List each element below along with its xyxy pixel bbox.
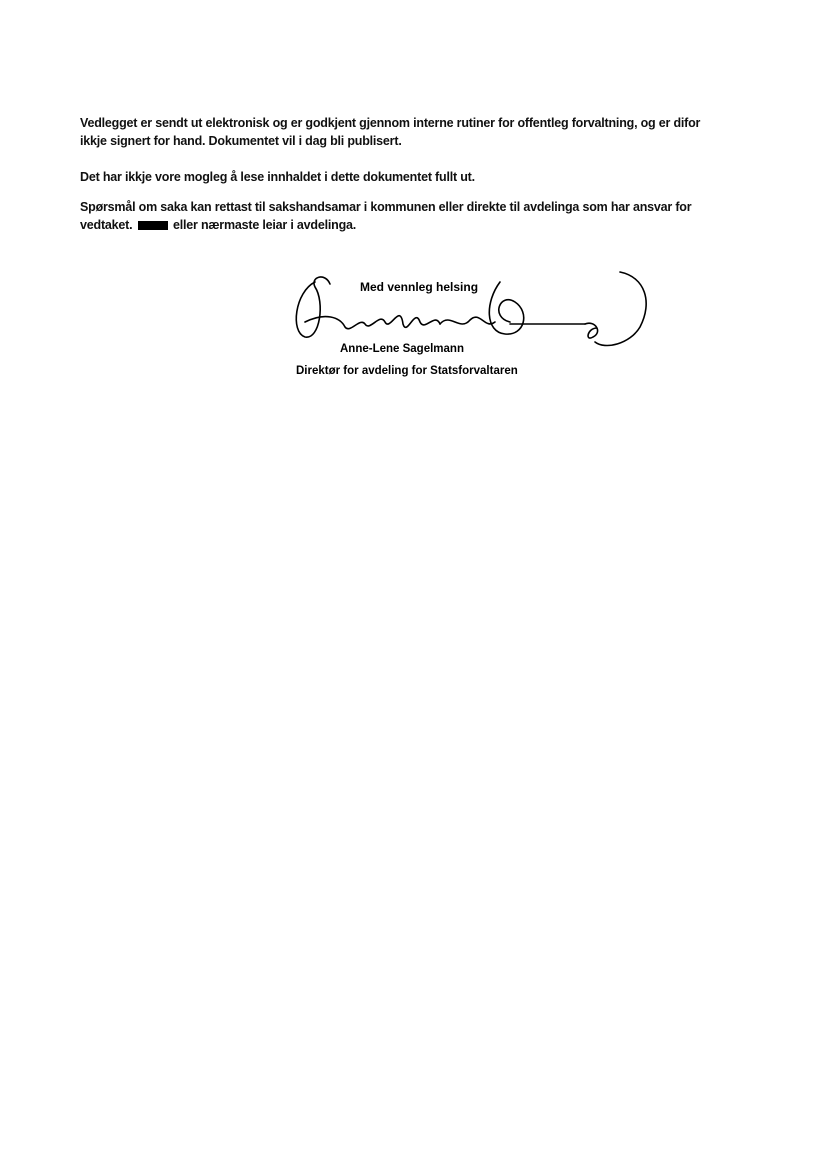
redaction-block: [138, 221, 168, 230]
paragraph-2: Det har ikkje vore mogleg å lese innhald…: [80, 168, 720, 186]
paragraph-3: Spørsmål om saka kan rettast til sakshan…: [80, 198, 720, 234]
document-page: Vedlegget er sendt ut elektronisk og er …: [0, 0, 827, 1170]
signer-name: Anne-Lene Sagelmann: [340, 343, 464, 355]
closing-greeting: Med vennleg helsing: [360, 280, 478, 294]
paragraph-3-tail: eller nærmaste leiar i avdelinga.: [173, 218, 356, 232]
paragraph-3-text: Spørsmål om saka kan rettast til sakshan…: [80, 200, 691, 232]
paragraph-1: Vedlegget er sendt ut elektronisk og er …: [80, 114, 720, 150]
signer-title: Direktør for avdeling for Statsforvaltar…: [296, 365, 518, 377]
